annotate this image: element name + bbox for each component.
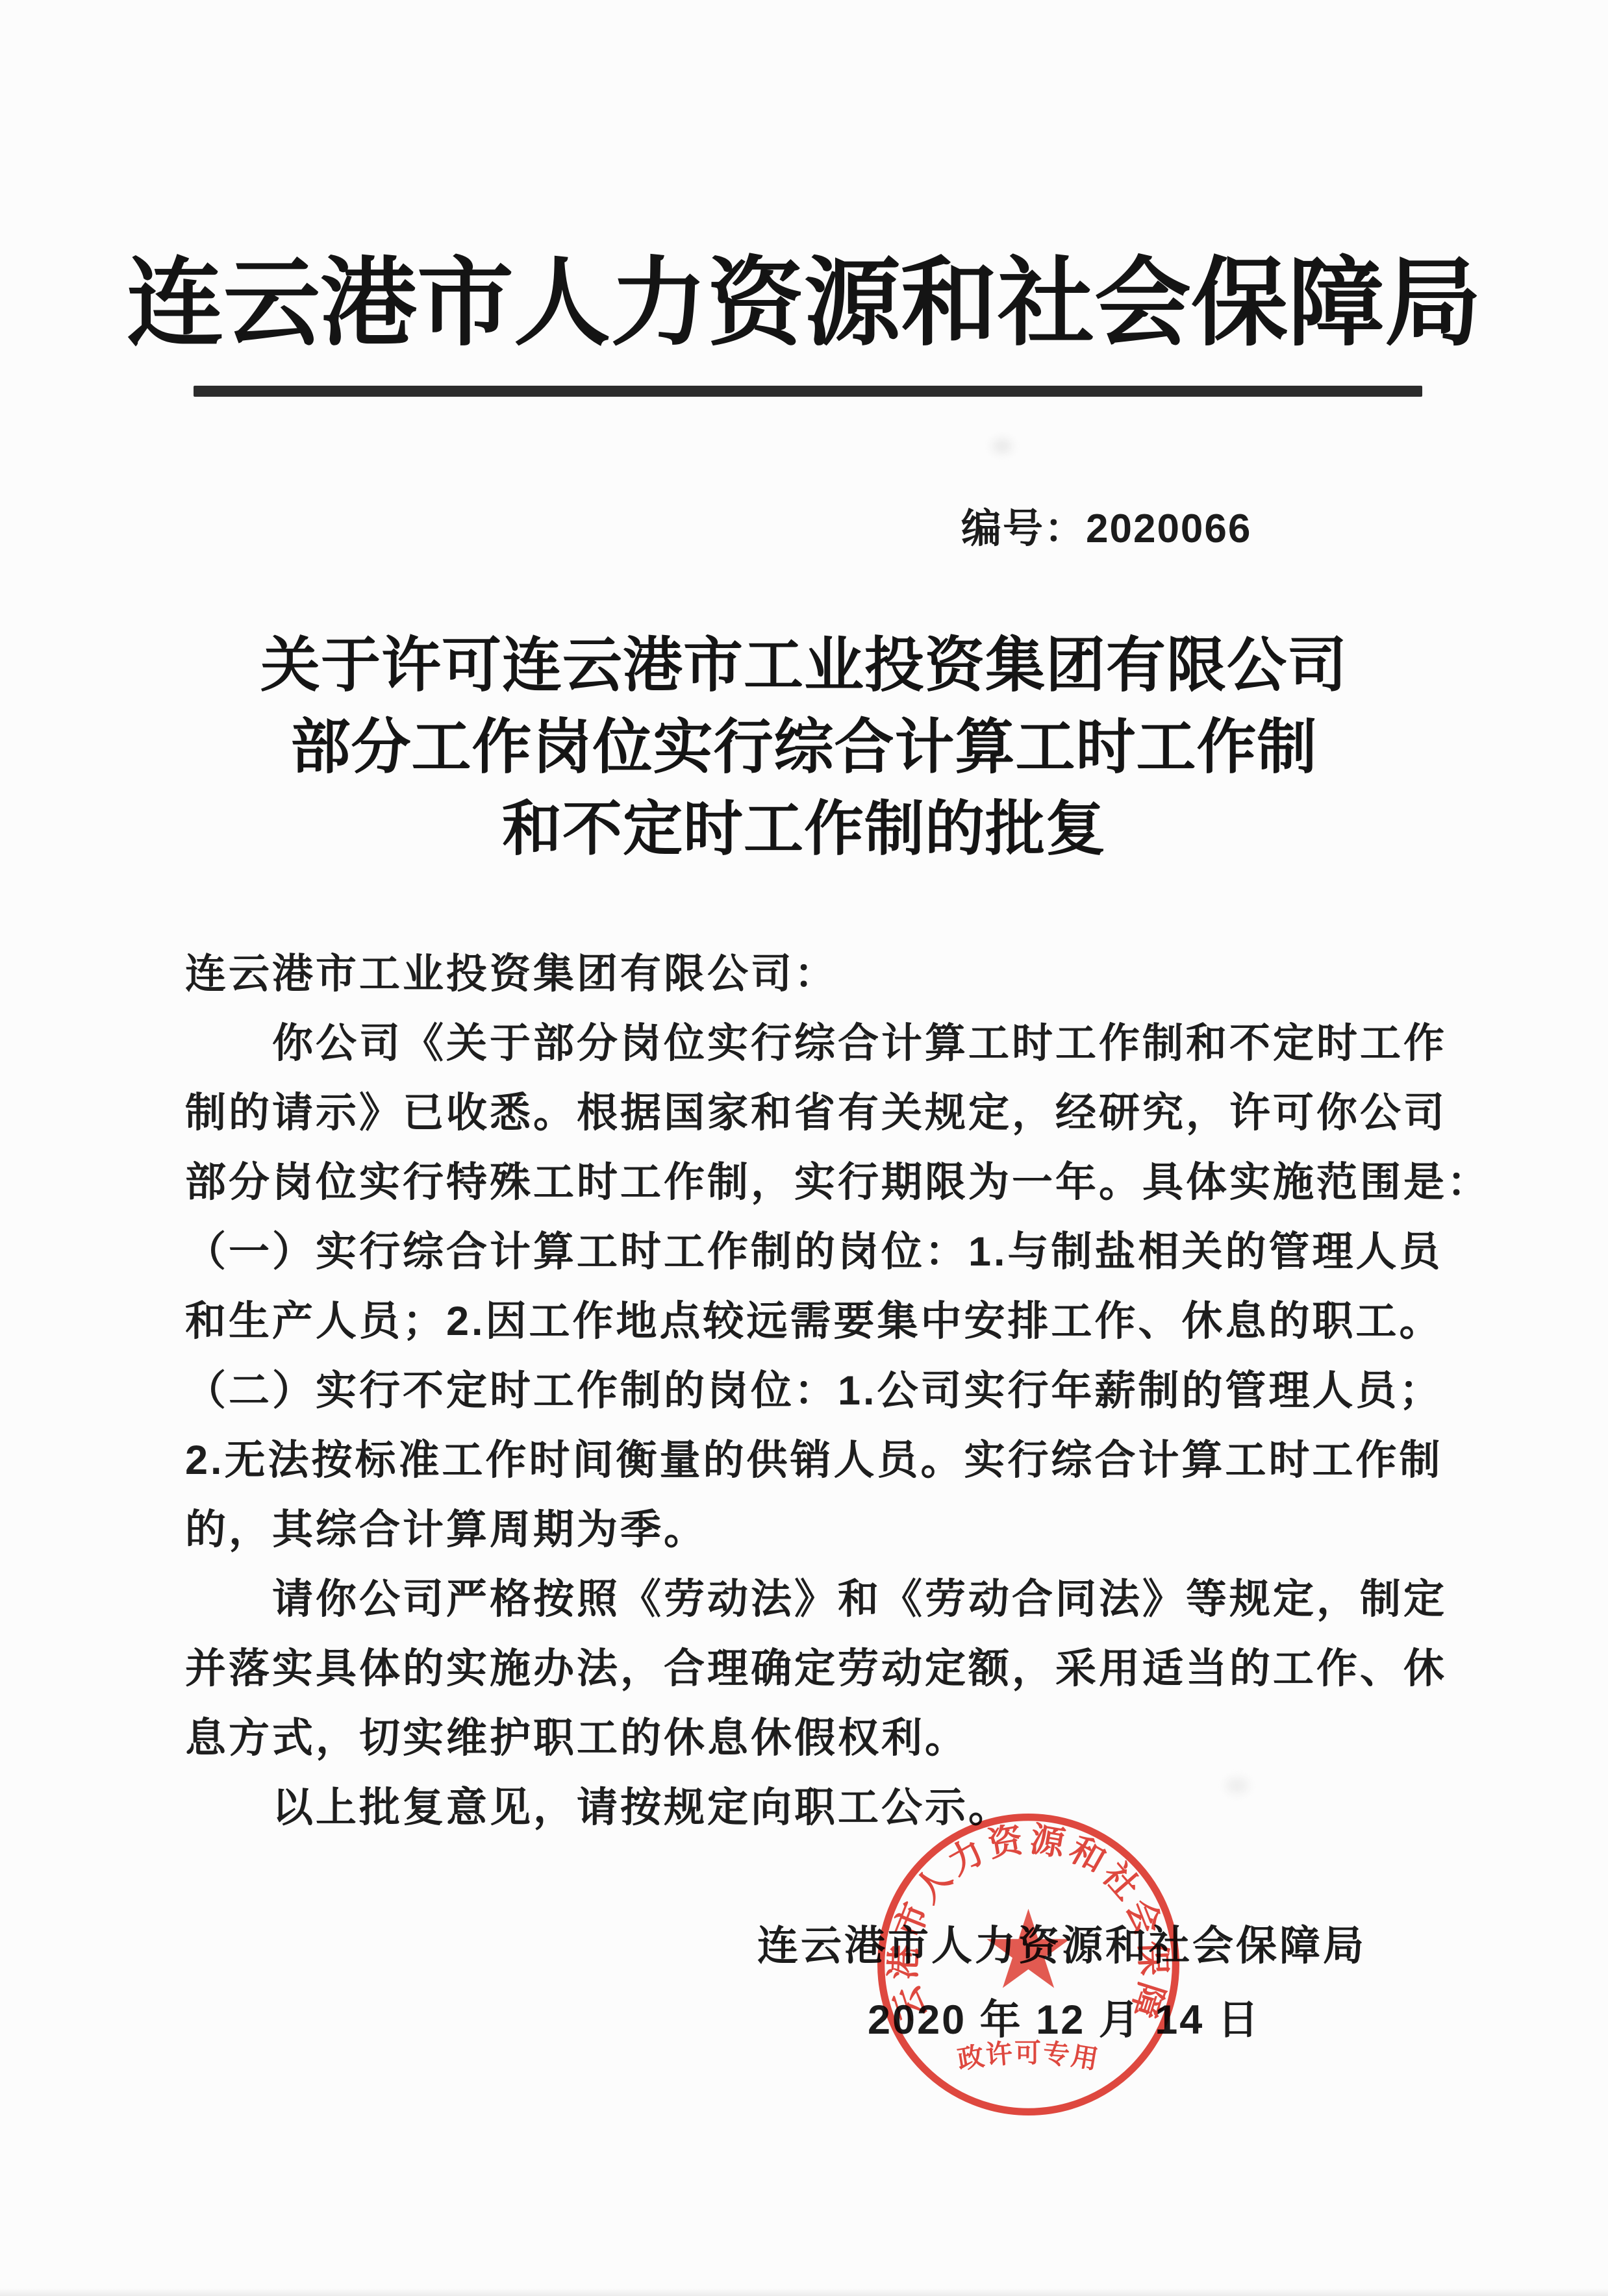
header-divider-rule xyxy=(194,386,1422,397)
seal-ring-text: 连云港市人力资源和社会保障局 xyxy=(862,1799,1172,2026)
body-line: 和生产人员；2.因工作地点较远需要集中安排工作、休息的职工。 xyxy=(185,1287,1458,1356)
body-line: 以上批复意见，请按规定向职工公示。 xyxy=(185,1773,1458,1843)
scan-edge-shadow xyxy=(0,2288,1608,2296)
document-title-line-2: 部分工作岗位实行综合计算工时工作制 xyxy=(0,706,1608,788)
document-body: 连云港市工业投资集团有限公司： 你公司《关于部分岗位实行综合计算工时工作制和不定… xyxy=(185,940,1458,1843)
body-line: 部分岗位实行特殊工时工作制，实行期限为一年。具体实施范围是： xyxy=(185,1148,1458,1217)
issuing-authority-header: 连云港市人力资源和社会保障局 xyxy=(0,242,1608,365)
body-line: （二）实行不定时工作制的岗位：1.公司实行年薪制的管理人员； xyxy=(185,1356,1458,1426)
document-number: 编号：2020066 xyxy=(961,500,1251,558)
body-line: 并落实具体的实施办法，合理确定劳动定额，采用适当的工作、休 xyxy=(185,1634,1458,1704)
official-seal: 连云港市人力资源和社会保障局 行政许可专用章 xyxy=(862,1799,1194,2130)
salutation: 连云港市工业投资集团有限公司： xyxy=(185,940,1458,1009)
scanned-document-page: 连云港市人力资源和社会保障局 编号：2020066 关于许可连云港市工业投资集团… xyxy=(0,0,1608,2296)
body-line: 请你公司严格按照《劳动法》和《劳动合同法》等规定，制定 xyxy=(185,1565,1458,1634)
body-line: 你公司《关于部分岗位实行综合计算工时工作制和不定时工作 xyxy=(185,1009,1458,1079)
body-line: （一）实行综合计算工时工作制的岗位：1.与制盐相关的管理人员 xyxy=(185,1217,1458,1287)
scan-artifact xyxy=(1226,1778,1248,1793)
document-title: 关于许可连云港市工业投资集团有限公司 部分工作岗位实行综合计算工时工作制 和不定… xyxy=(0,625,1608,870)
star-icon xyxy=(986,1909,1070,1988)
body-line: 的，其综合计算周期为季。 xyxy=(185,1495,1458,1565)
body-line: 制的请示》已收悉。根据国家和省有关规定，经研究，许可你公司 xyxy=(185,1079,1458,1148)
document-title-line-3: 和不定时工作制的批复 xyxy=(0,788,1608,870)
body-line: 2.无法按标准工作时间衡量的供销人员。实行综合计算工时工作制 xyxy=(185,1426,1458,1495)
document-title-line-1: 关于许可连云港市工业投资集团有限公司 xyxy=(0,625,1608,706)
scan-artifact xyxy=(992,439,1012,453)
body-line: 息方式，切实维护职工的休息休假权利。 xyxy=(185,1704,1458,1773)
svg-text:连云港市人力资源和社会保障局: 连云港市人力资源和社会保障局 xyxy=(862,1799,1172,2026)
